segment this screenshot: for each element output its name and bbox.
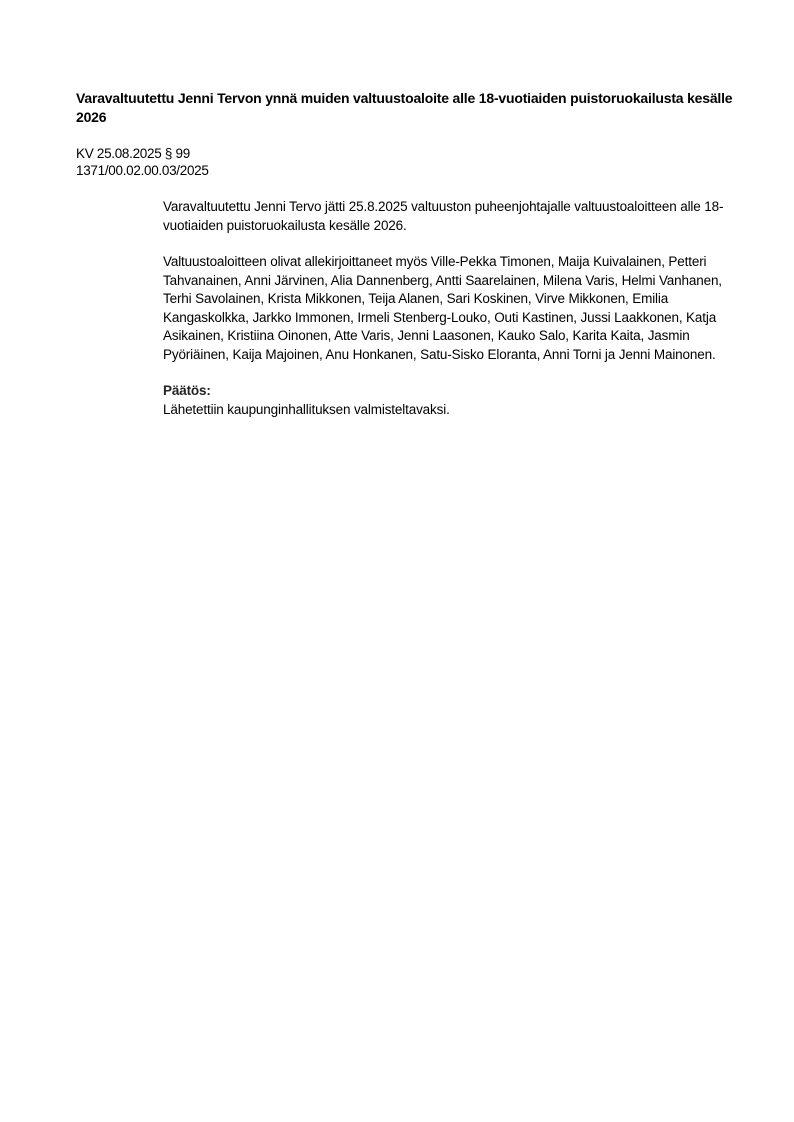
signatories-paragraph: Valtuustoaloitteen olivat allekirjoittan… (163, 253, 743, 364)
meeting-reference: KV 25.08.2025 § 99 (76, 145, 209, 162)
decision-text: Lähetettiin kaupunginhallituksen valmist… (163, 401, 743, 420)
document-body: Varavaltuutettu Jenni Tervo jätti 25.8.2… (163, 198, 743, 437)
document-title: Varavaltuutettu Jenni Tervon ynnä muiden… (76, 89, 746, 127)
decision-label: Päätös: (163, 382, 743, 401)
record-id: 1371/00.02.00.03/2025 (76, 162, 209, 179)
decision-section: Päätös: Lähetettiin kaupunginhallituksen… (163, 382, 743, 419)
document-page: Varavaltuutettu Jenni Tervon ynnä muiden… (0, 0, 794, 1122)
document-meta: KV 25.08.2025 § 99 1371/00.02.00.03/2025 (76, 145, 209, 179)
intro-paragraph: Varavaltuutettu Jenni Tervo jätti 25.8.2… (163, 198, 743, 235)
